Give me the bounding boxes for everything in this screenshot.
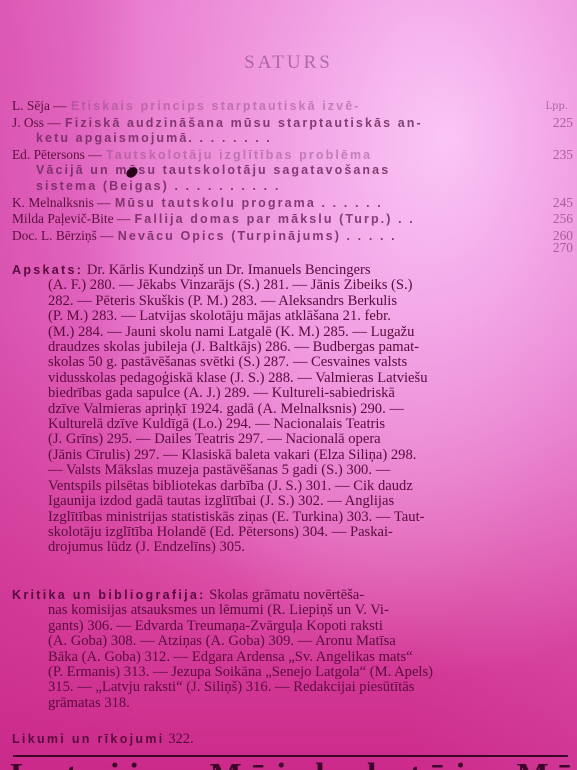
section-line: gants) 306. — Edvarda Treumaņa-Zvārguļa … [12, 619, 564, 634]
page-title: SATURS [0, 52, 577, 74]
section-line: drojumus lūdz (J. Endzelīns) 305. [12, 540, 564, 555]
toc-page-number: 270 [553, 240, 573, 256]
divider-rule [13, 755, 568, 757]
toc-title: Mūsu tautskolu programa . . . . . . [115, 196, 383, 210]
toc-title-continued: ketu apgaismojumā. . . . . . . . [12, 131, 542, 147]
section-line: — Valsts Mākslas muzeja pastāvēšanas 5 g… [12, 463, 564, 478]
section-likumi: Likumi un rīkojumi 322. [12, 732, 564, 747]
section-line: (J. Grīns) 295. — Dailes Teatris 297. — … [12, 432, 564, 447]
section-line: Izglītības ministrijas statistiskās ziņa… [12, 510, 564, 525]
toc-title: Fallija domas par mākslu (Turp.) . . [135, 212, 415, 226]
toc-author: J. Oss — [12, 115, 61, 130]
section-line: Bāka (A. Goba) 312. — Edgara Ardensa „Sv… [12, 650, 564, 665]
section-line: 315. — „Latvju raksti“ (J. Siliņš) 316. … [12, 680, 564, 695]
toc-author: Doc. L. Bērziņš — [12, 228, 114, 243]
section-apskats: Apskats: Dr. Kārlis Kundziņš un Dr. Iman… [12, 263, 564, 556]
toc-entry: Ed. Pētersons — Tautskolotāju izglītības… [12, 147, 542, 195]
cropped-heading: Latvijas Mājskolotāju Mēnešraksts [10, 759, 577, 770]
toc-title: Nevācu Opics (Turpinājums) . . . . . [118, 229, 397, 243]
section-line: (P. M.) 283. — Latvijas skolotāju mājas … [12, 309, 564, 324]
section-line: 282. — Pēteris Skuškis (P. M.) 283. — Al… [12, 294, 564, 309]
toc-title-continued: sistema (Beigas) . . . . . . . . . . [12, 179, 542, 195]
section-line: biedrības gada sapulce (A. J.) 289. — Ku… [12, 386, 564, 401]
toc-title: Etiskais princips starptautiskā izvē- [71, 99, 361, 113]
section-line: draudzes skolas jubileja (J. Baltkājs) 2… [12, 340, 564, 355]
toc-page-number: 235 [553, 147, 573, 163]
toc-author: K. Melnalksnis — [12, 195, 111, 210]
section-line: (Jānis Cīrulis) 297. — Klasiskā baleta v… [12, 448, 564, 463]
section-heading: Kritika un bibliografija: [12, 588, 206, 602]
section-line: vidusskolas pedagoģiskā klase (J. S.) 28… [12, 371, 564, 386]
toc-entry: L. Sēja — Etiskais princips starptautisk… [12, 98, 542, 115]
toc-author: Milda Paļevič-Bite — [12, 211, 130, 226]
section-line: Ventspils pilsētas bibliotekas darbība (… [12, 479, 564, 494]
page-column-label: Lpp. [545, 101, 568, 112]
section-line: (M.) 284. — Jauni skolu nami Latgalē (K.… [12, 325, 564, 340]
section-page-number: 322. [168, 731, 194, 747]
toc-entry: K. Melnalksnis — Mūsu tautskolu programa… [12, 195, 542, 212]
section-heading: Likumi un rīkojumi [12, 732, 165, 746]
section-line: nas komisijas atsauksmes un lēmumi (R. L… [12, 603, 564, 618]
section-line: (P. Ermanis) 313. — Jezupa Soikāna „Sene… [12, 665, 564, 680]
toc-entry: 270 [12, 244, 542, 252]
section-line: skolotāju izglītība Holandē (Ed. Pēterso… [12, 525, 564, 540]
toc-page-number: 245 [553, 195, 573, 211]
section-kritika: Kritika un bibliografija: Skolas grāmatu… [12, 588, 564, 711]
section-line: Kulturelā dzīve Kuldīgā (Lo.) 294. — Nac… [12, 417, 564, 432]
section-heading: Apskats: [12, 263, 83, 277]
toc-page-number: 225 [553, 115, 573, 131]
toc-page-number: 256 [553, 211, 573, 227]
toc-title-continued: Vācijā un mūsu tautskolotāju sagatavošan… [12, 163, 542, 179]
section-line: Igaunija izdod gadā tautas izglītībai (J… [12, 494, 564, 509]
section-line: grāmatas 318. [12, 696, 564, 711]
toc-author: L. Sēja — [12, 98, 67, 113]
section-line: dzīve Valmieras apriņķī 1924. gadā (A. M… [12, 402, 564, 417]
section-line: skolas 50 g. pastāvēšanas svētki (S.) 28… [12, 355, 564, 370]
section-line: (A. Goba) 308. — Atziņas (A. Goba) 309. … [12, 634, 564, 649]
section-text: Skolas grāmatu novērtēša- [209, 587, 364, 603]
document-page: SATURS Lpp. L. Sēja — Etiskais princips … [0, 0, 577, 770]
toc-author: Ed. Pētersons — [12, 147, 102, 162]
section-line: (A. F.) 280. — Jēkabs Vinzarājs (S.) 281… [12, 278, 564, 293]
table-of-contents: L. Sēja — Etiskais princips starptautisk… [12, 98, 542, 252]
toc-entry: J. Oss — Fiziskā audzināšana mūsu starpt… [12, 115, 542, 147]
toc-entry: Doc. L. Bērziņš — Nevācu Opics (Turpināj… [12, 228, 542, 245]
toc-title: Fiziskā audzināšana mūsu starptautiskās … [65, 116, 423, 130]
toc-title: Tautskolotāju izglītības problēma [106, 148, 372, 162]
toc-entry: Milda Paļevič-Bite — Fallija domas par m… [12, 211, 542, 228]
section-text: Dr. Kārlis Kundziņš un Dr. Imanuels Benc… [87, 262, 371, 278]
